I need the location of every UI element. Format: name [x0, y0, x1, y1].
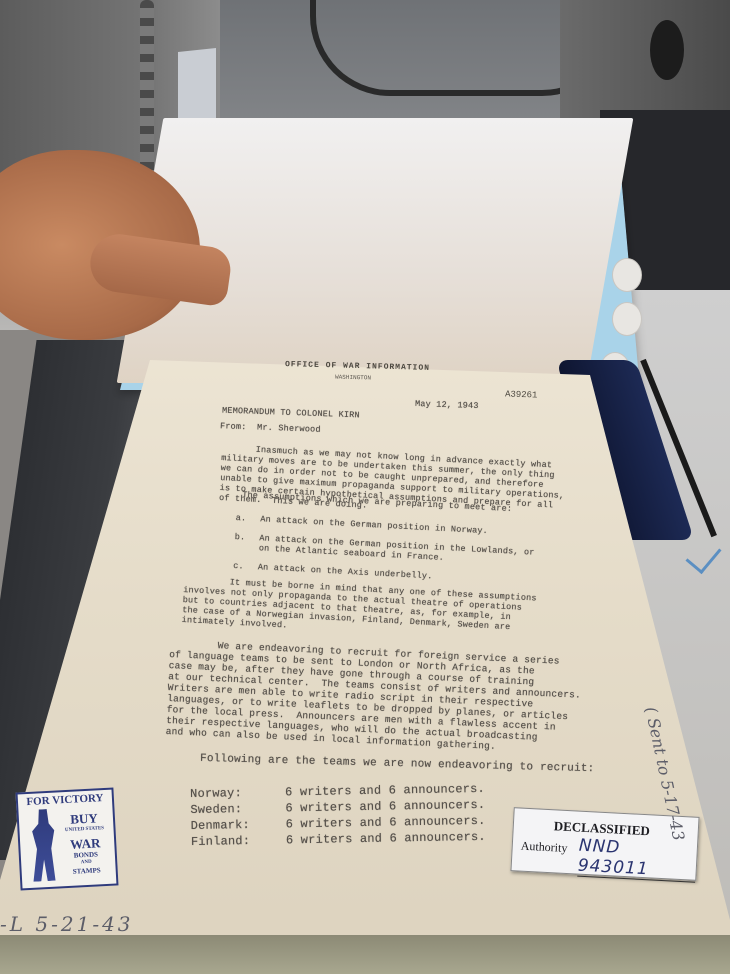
paragraph-3: We are endeavoring to recruit for foreig… — [166, 638, 583, 756]
assumption-item: b. An attack on the German position in t… — [234, 532, 535, 568]
page-tab[interactable] — [612, 302, 642, 336]
war-bonds-stamp: FOR VICTORY BUY UNITED STATES WAR BONDS … — [16, 788, 119, 891]
page-tab[interactable] — [612, 258, 642, 292]
authority-label: Authority — [520, 839, 567, 856]
handwritten-date: -L 5-21-43 — [0, 912, 134, 936]
binder-bottom-edge — [0, 935, 730, 974]
scanner-port — [650, 20, 684, 80]
document-photo: OFFICE OF WAR INFORMATION WASHINGTON A39… — [0, 0, 730, 974]
stamp-title: FOR VICTORY — [21, 792, 110, 809]
document-id: A39261 — [505, 389, 538, 400]
letterhead-location: WASHINGTON — [335, 374, 371, 382]
soldier-figure-icon — [28, 809, 58, 882]
scanner-device — [560, 0, 730, 120]
stamp-stamps: STAMPS — [62, 866, 112, 877]
back-page-stamp — [275, 132, 345, 162]
authority-value: NND 943011 — [577, 836, 697, 883]
teams-list: Norway: 6 writers and 6 announcers. Swed… — [190, 782, 486, 851]
